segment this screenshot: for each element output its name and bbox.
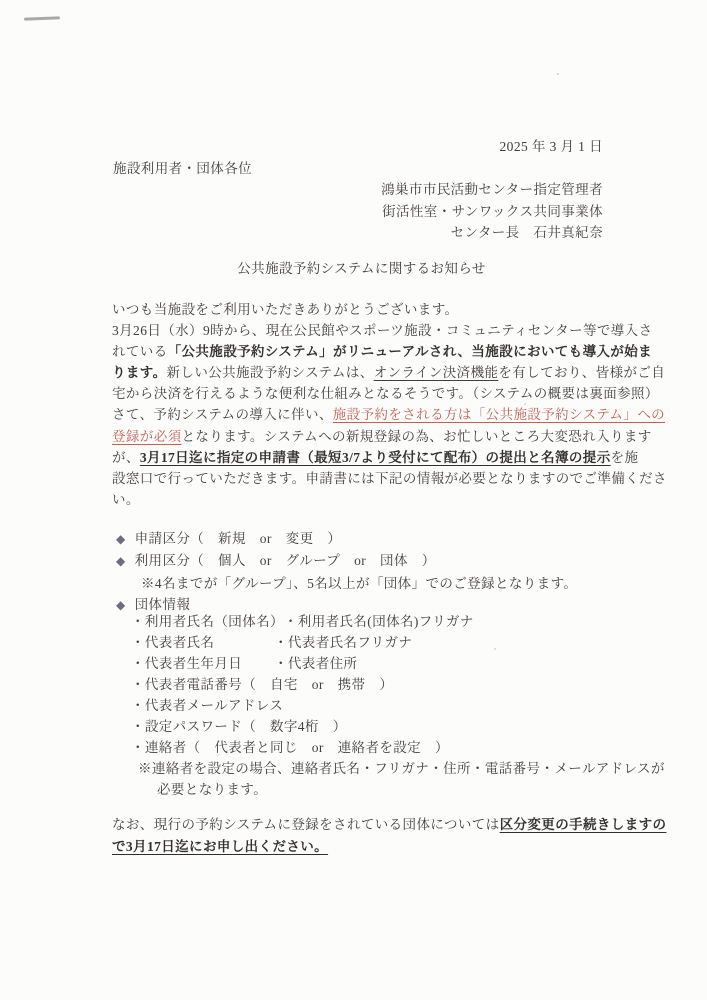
text-line: ※連絡者を設定の場合、連絡者氏名・フリガナ・住所・電話番号・メールアドレスが [112,758,665,779]
text-line: ・代表者生年月日・代表者住所 [112,653,665,674]
text-segment: 施設予約をされる方は「公共施設予約システム」への [333,407,665,422]
text-segment: 新しい公共施設予約システムは、 [167,365,374,380]
text-line: れている「公共施設予約システム」がリニューアルされ、当施設においても導入が始ま [112,341,667,362]
text-segment: さて、予約システムの導入に伴い、 [112,407,333,422]
scan-artifact-dash [24,16,60,20]
text-segment: オンライン決済機能 [374,365,499,380]
bullet-diamond-icon: ◆ [116,554,126,568]
text-segment: ・代表者電話番号（ 自宅 or 携帯 ） [131,677,393,692]
text-segment: 区分変更の手続きしますの [500,817,667,832]
text-line: ・連絡者（ 代表者と同じ or 連絡者を設定 ） [112,737,665,758]
text-line: で3月17日迄にお申し出ください。 [112,836,666,858]
text-line: 3月26日（水）9時から、現在公民館やスポーツ施設・コミュニティセンター等で導入… [112,320,667,341]
text-line: 設窓口で行っていただきます。申請書には下記の情報が必要となりますのでご準備くださ [112,468,667,489]
text-line: ※4名までが「グループ」、5名以上が「団体」でのご登録となります。 [112,573,577,594]
text-segment: いつも当施設をご利用いただきありがとうございます。 [112,302,458,317]
text-segment: ・代表者氏名 [131,632,274,653]
text-line: ります。新しい公共施設予約システムは、オンライン決済機能を有しており、皆様がご自 [112,362,667,383]
text-segment: 宅から決済を行えるような便利な仕組みとなるそうです。（システムの概要は裏面参照） [112,386,659,401]
text-segment: ・利用者氏名（団体名） [131,611,284,632]
document-date: 2025 年 3 月 1 日 [500,136,603,157]
text-segment: を有しており、皆様がご自 [498,365,665,380]
text-line: ◆利用区分（ 個人 or グループ or 団体 ） [112,550,577,572]
sender-block: 鴻巣市市民活動センター指定管理者 街活性室・サンワックス共同事業体 センター長 … [381,179,603,244]
text-segment: ・連絡者（ 代表者と同じ or 連絡者を設定 ） [131,740,449,755]
text-segment: 設窓口で行っていただきます。申請書には下記の情報が必要となりますのでご準備くださ [112,471,667,486]
text-line: ・代表者メールアドレス [112,695,665,716]
text-segment: 団体情報 [135,597,191,612]
text-line: ・設定パスワード（ 数字4桁 ） [112,716,665,737]
text-segment: を施 [611,450,639,465]
text-line: ◆申請区分（ 新規 or 変更 ） [112,528,577,550]
text-line: い。 [112,489,667,510]
text-segment: 申請区分（ 新規 or 変更 ） [135,531,342,546]
text-segment: 3月26日（水）9時から、現在公民館やスポーツ施設・コミュニティセンター等で導入… [112,323,652,338]
sender-line-organization: 鴻巣市市民活動センター指定管理者 [381,179,603,201]
document-title: 公共施設予約システムに関するお知らせ [8,258,707,279]
text-line: ・代表者電話番号（ 自宅 or 携帯 ） [112,674,665,695]
text-line: ・利用者氏名（団体名）・利用者氏名(団体名)フリガナ [112,611,665,632]
text-segment: 「公共施設予約システム」がリニューアルされ、当施設においても導入が始ま [168,344,652,359]
scan-speck [557,73,559,75]
recipient-line: 施設利用者・団体各位 [113,158,252,179]
document-page: 2025 年 3 月 1 日 施設利用者・団体各位 鴻巣市市民活動センター指定管… [0,0,707,1000]
text-line: ・代表者氏名・代表者氏名フリガナ [112,632,665,653]
sender-line-consortium: 街活性室・サンワックス共同事業体 [381,201,603,223]
text-segment: ・代表者生年月日 [131,653,274,674]
closing-paragraph: なお、現行の予約システムに登録をされている団体については区分変更の手続きしますの… [112,814,666,857]
text-segment: 3月17日迄に指定の申請書（最短3/7より受付にて配布）の提出と名簿の提示 [140,450,611,465]
text-segment: れている [112,344,168,359]
text-segment: ります。 [112,365,167,380]
application-bullet-list: ◆申請区分（ 新規 or 変更 ）◆利用区分（ 個人 or グループ or 団体… [112,528,577,617]
text-segment: ・代表者氏名フリガナ [274,635,412,650]
text-segment: ・設定パスワード（ 数字4桁 ） [131,719,347,734]
text-segment: ・代表者メールアドレス [131,698,283,713]
text-line: 登録が必須となります。システムへの新規登録の為、お忙しいところ大変恐れ入ります [112,426,667,447]
text-line: いつも当施設をご利用いただきありがとうございます。 [112,299,667,320]
text-segment: 必要となります。 [157,782,267,797]
text-segment: なお、現行の予約システムに登録をされている団体については [112,817,500,832]
bullet-diamond-icon: ◆ [116,532,126,546]
text-segment: で3月17日迄にお申し出ください。 [112,839,328,854]
text-line: なお、現行の予約システムに登録をされている団体については区分変更の手続きしますの [112,814,666,836]
intro-paragraph: いつも当施設をご利用いただきありがとうございます。3月26日（水）9時から、現在… [112,299,667,510]
text-segment: ※連絡者を設定の場合、連絡者氏名・フリガナ・住所・電話番号・メールアドレスが [138,761,665,776]
text-line: さて、予約システムの導入に伴い、施設予約をされる方は「公共施設予約システム」への [112,404,667,425]
text-segment: 登録が必須 [112,429,182,444]
text-segment: ・利用者氏名(団体名)フリガナ [284,614,474,629]
text-segment: ・代表者住所 [274,656,357,671]
text-segment: が、 [112,450,140,465]
text-segment: い。 [112,492,140,507]
text-line: 必要となります。 [112,779,665,800]
text-line: が、3月17日迄に指定の申請書（最短3/7より受付にて配布）の提出と名簿の提示を… [112,447,667,468]
text-segment: となります。システムへの新規登録の為、お忙しいところ大変恐れ入ります [182,429,652,444]
text-segment: ※4名までが「グループ」、5名以上が「団体」でのご登録となります。 [141,576,577,591]
group-info-list: ・利用者氏名（団体名）・利用者氏名(団体名)フリガナ・代表者氏名・代表者氏名フリ… [112,611,665,800]
text-segment: 利用区分（ 個人 or グループ or 団体 ） [135,553,436,568]
sender-line-director: センター長 石井真紀奈 [381,222,603,244]
text-line: 宅から決済を行えるような便利な仕組みとなるそうです。（システムの概要は裏面参照） [112,383,667,404]
